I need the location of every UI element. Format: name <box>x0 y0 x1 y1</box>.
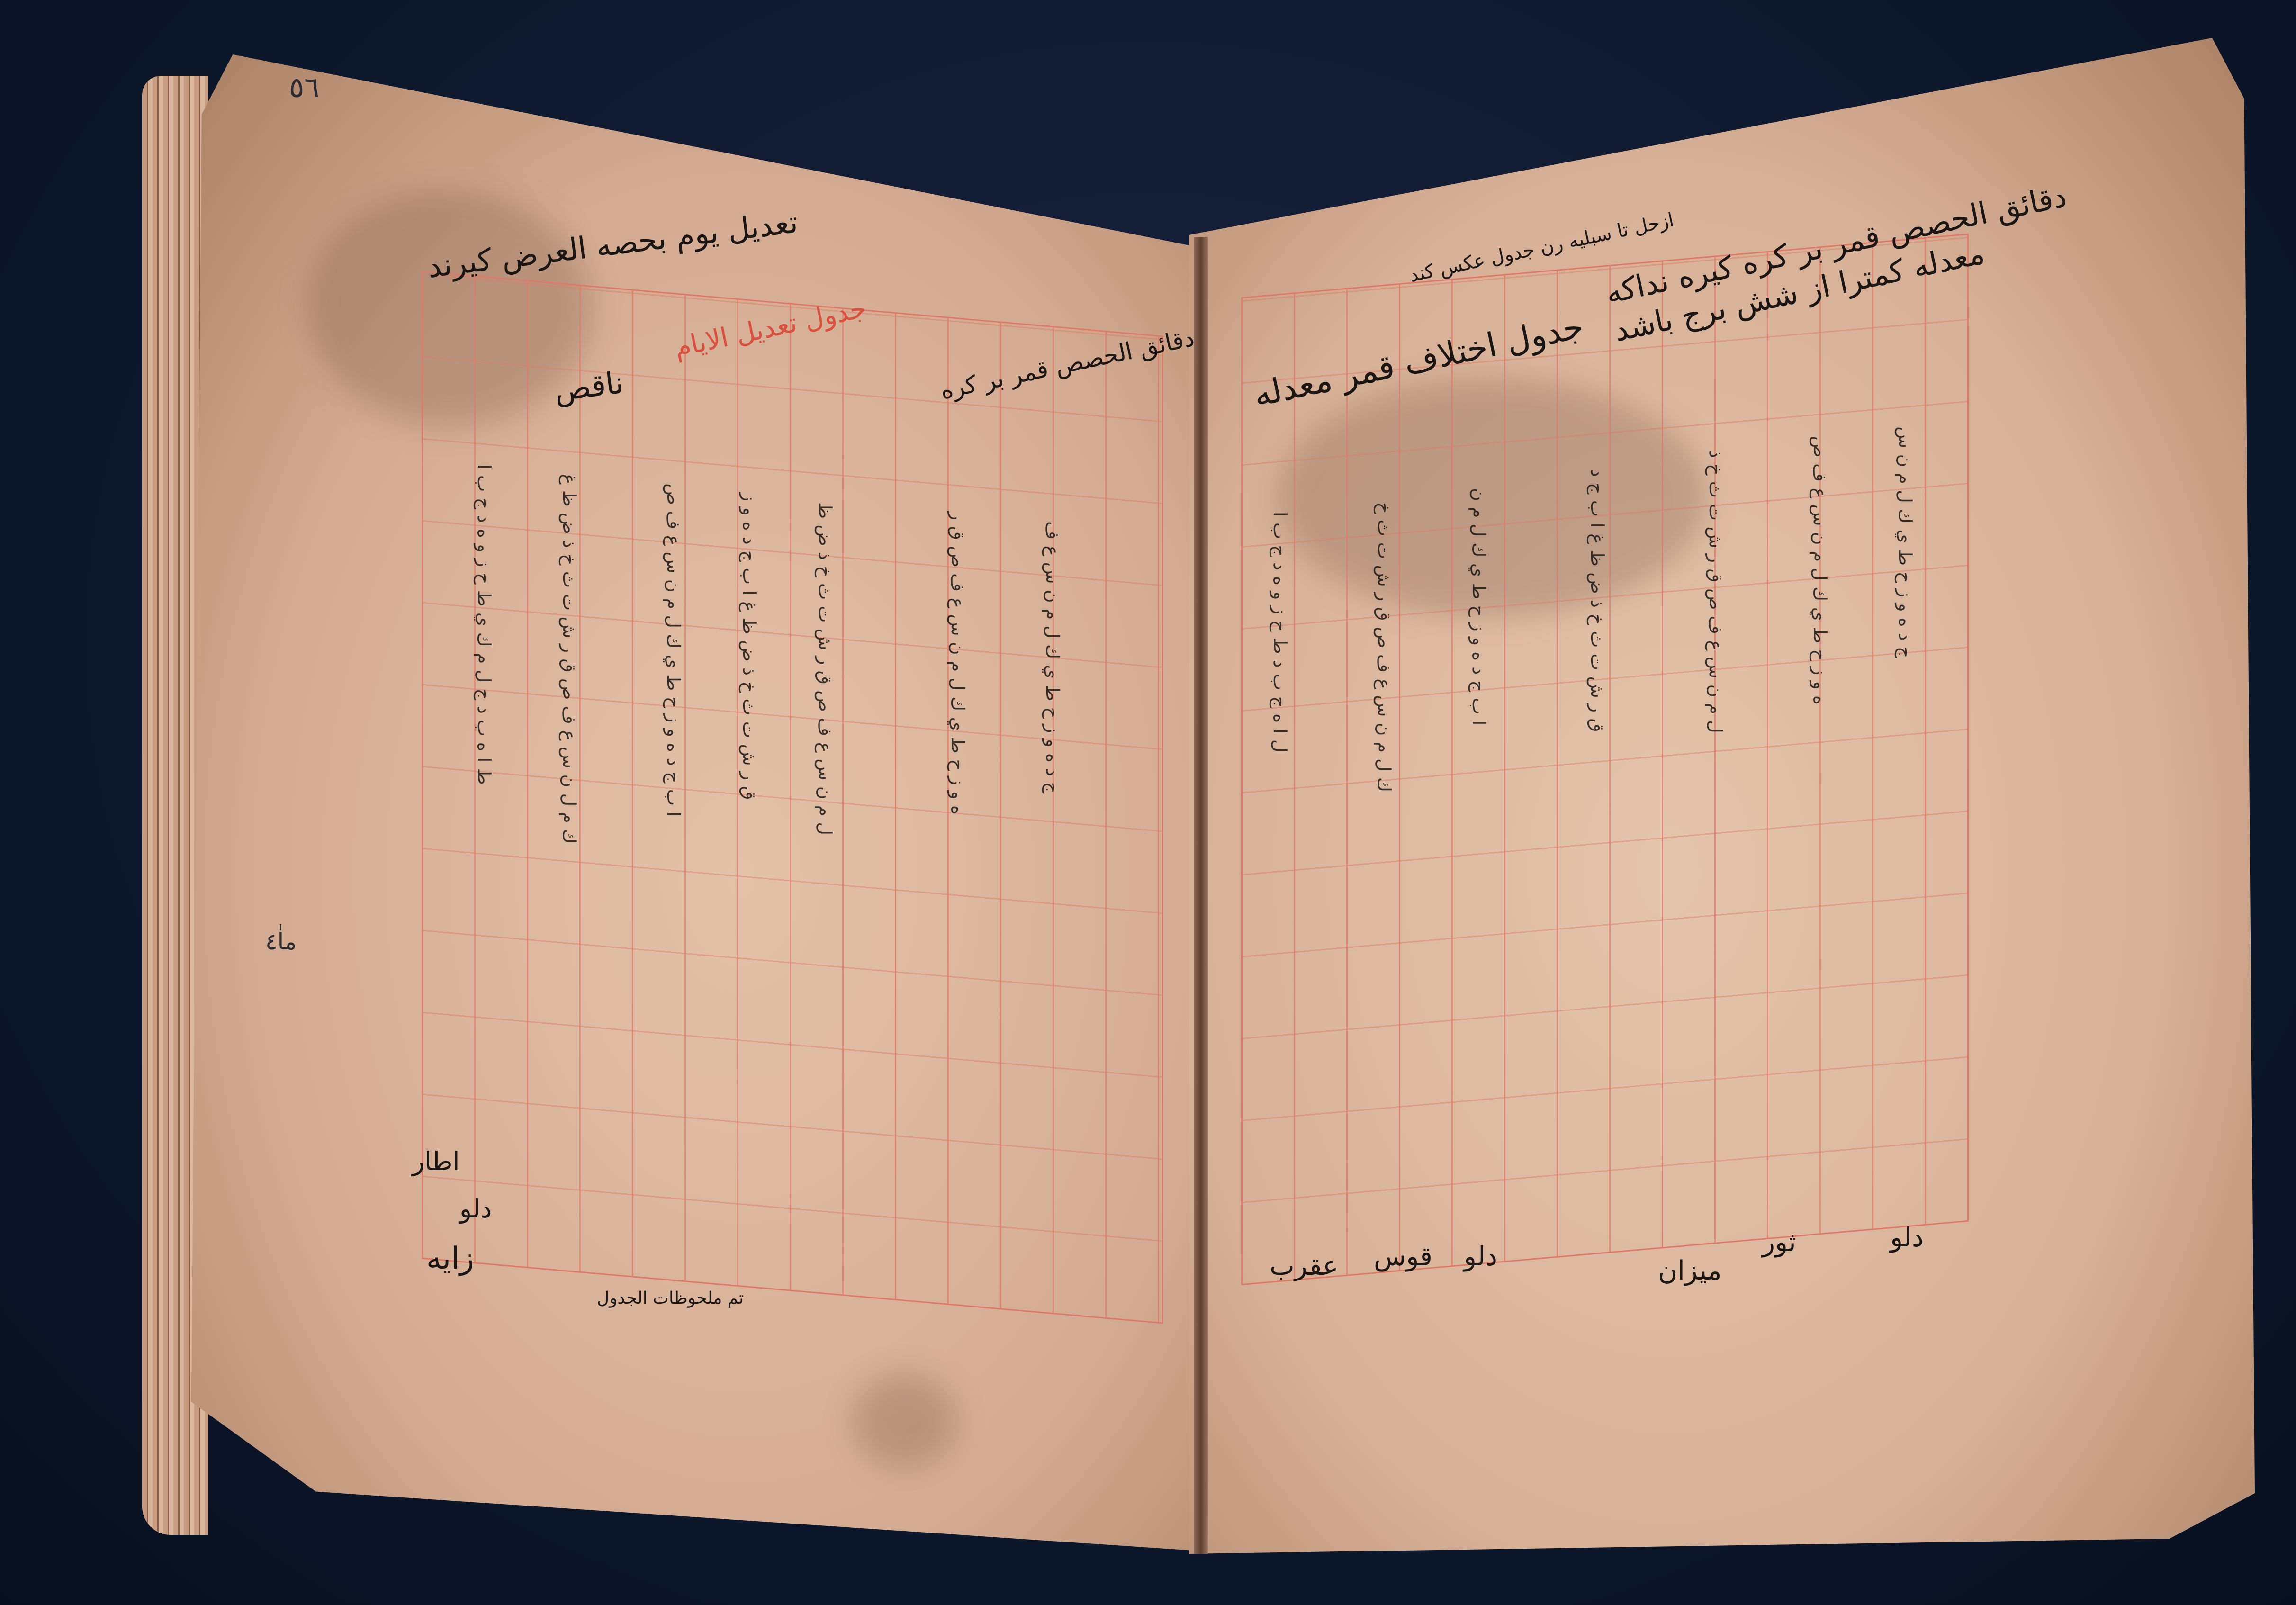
table-column-text: ه و ز ح ط ي ك ل م ن س ع ف ص ق ر <box>947 512 968 1222</box>
folio-number: ٥٦ <box>289 71 319 104</box>
book-gutter <box>1194 237 1208 1554</box>
table-column-text: ا ب ج د ه و ز ح ط ي ك ل م ن <box>1468 488 1489 1199</box>
right-footer-label: قوس <box>1374 1241 1432 1272</box>
table-column-text: ل م ن س ع ف ص ق ر ش ت ث خ ذ ض ظ <box>815 502 836 1213</box>
table-column-text: ك ل م ن س ع ف ص ق ر ش ت ث خ <box>1374 502 1395 1213</box>
right-footer-label: دلو <box>1890 1222 1924 1253</box>
right-footer-label: ميزان <box>1658 1255 1721 1286</box>
left-footer-label: اطار <box>412 1146 460 1176</box>
table-column-text: ل ا ه ج ب د ط ح ز و ه د ج ب ا <box>1270 512 1290 1222</box>
table-column-text: ه و ز ح ط ي ك ل م ن س ع ف ص <box>1810 436 1830 1146</box>
table-column-text: ج د ه و ز ح ط ي ك ل م ن س ع ف <box>1042 521 1063 1232</box>
margin-note: ماٰ٤ <box>265 929 297 955</box>
table-column-text: ك م ل ن س ع ف ص ق ر ش ت ث خ ذ ض ظ غ <box>559 474 580 1184</box>
table-column-text: ق ر ش ت ث خ ذ ض ظ غ ا ب ج د <box>1587 469 1608 1180</box>
left-bottom-note: تم ملحوظات الجدول <box>597 1289 744 1308</box>
table-column-text: ق ر ش ت ث خ ذ ض ظ غ ا ب ج د ه و ز <box>739 493 760 1203</box>
table-column-text: ط ا ه ب د ج ل م ك ي ط ح ز و ه د ج ب ا <box>474 464 495 1175</box>
manuscript-photo: ٥٦ ماٰ٤ تعديل يوم بحصه العرض كيرند ناقص … <box>0 0 2296 1605</box>
spot-stain <box>853 1374 957 1469</box>
left-footer-label: دلو <box>459 1194 492 1224</box>
right-footer-label: دلو <box>1464 1241 1497 1272</box>
table-column-text: ا ب ج د ه و ز ح ط ي ك ل م ن س ع ف ص <box>663 483 684 1194</box>
table-column-text: ج د ه و ز ح ط ي ك ل م ن س <box>1895 426 1916 1137</box>
right-footer-label: عقرب <box>1270 1251 1338 1281</box>
left-footer-label: زايه <box>426 1241 474 1276</box>
right-footer-label: ثور <box>1762 1227 1796 1258</box>
table-column-text: ل م ن س ع ف ص ق ر ش ت ث خ ذ <box>1705 450 1726 1161</box>
